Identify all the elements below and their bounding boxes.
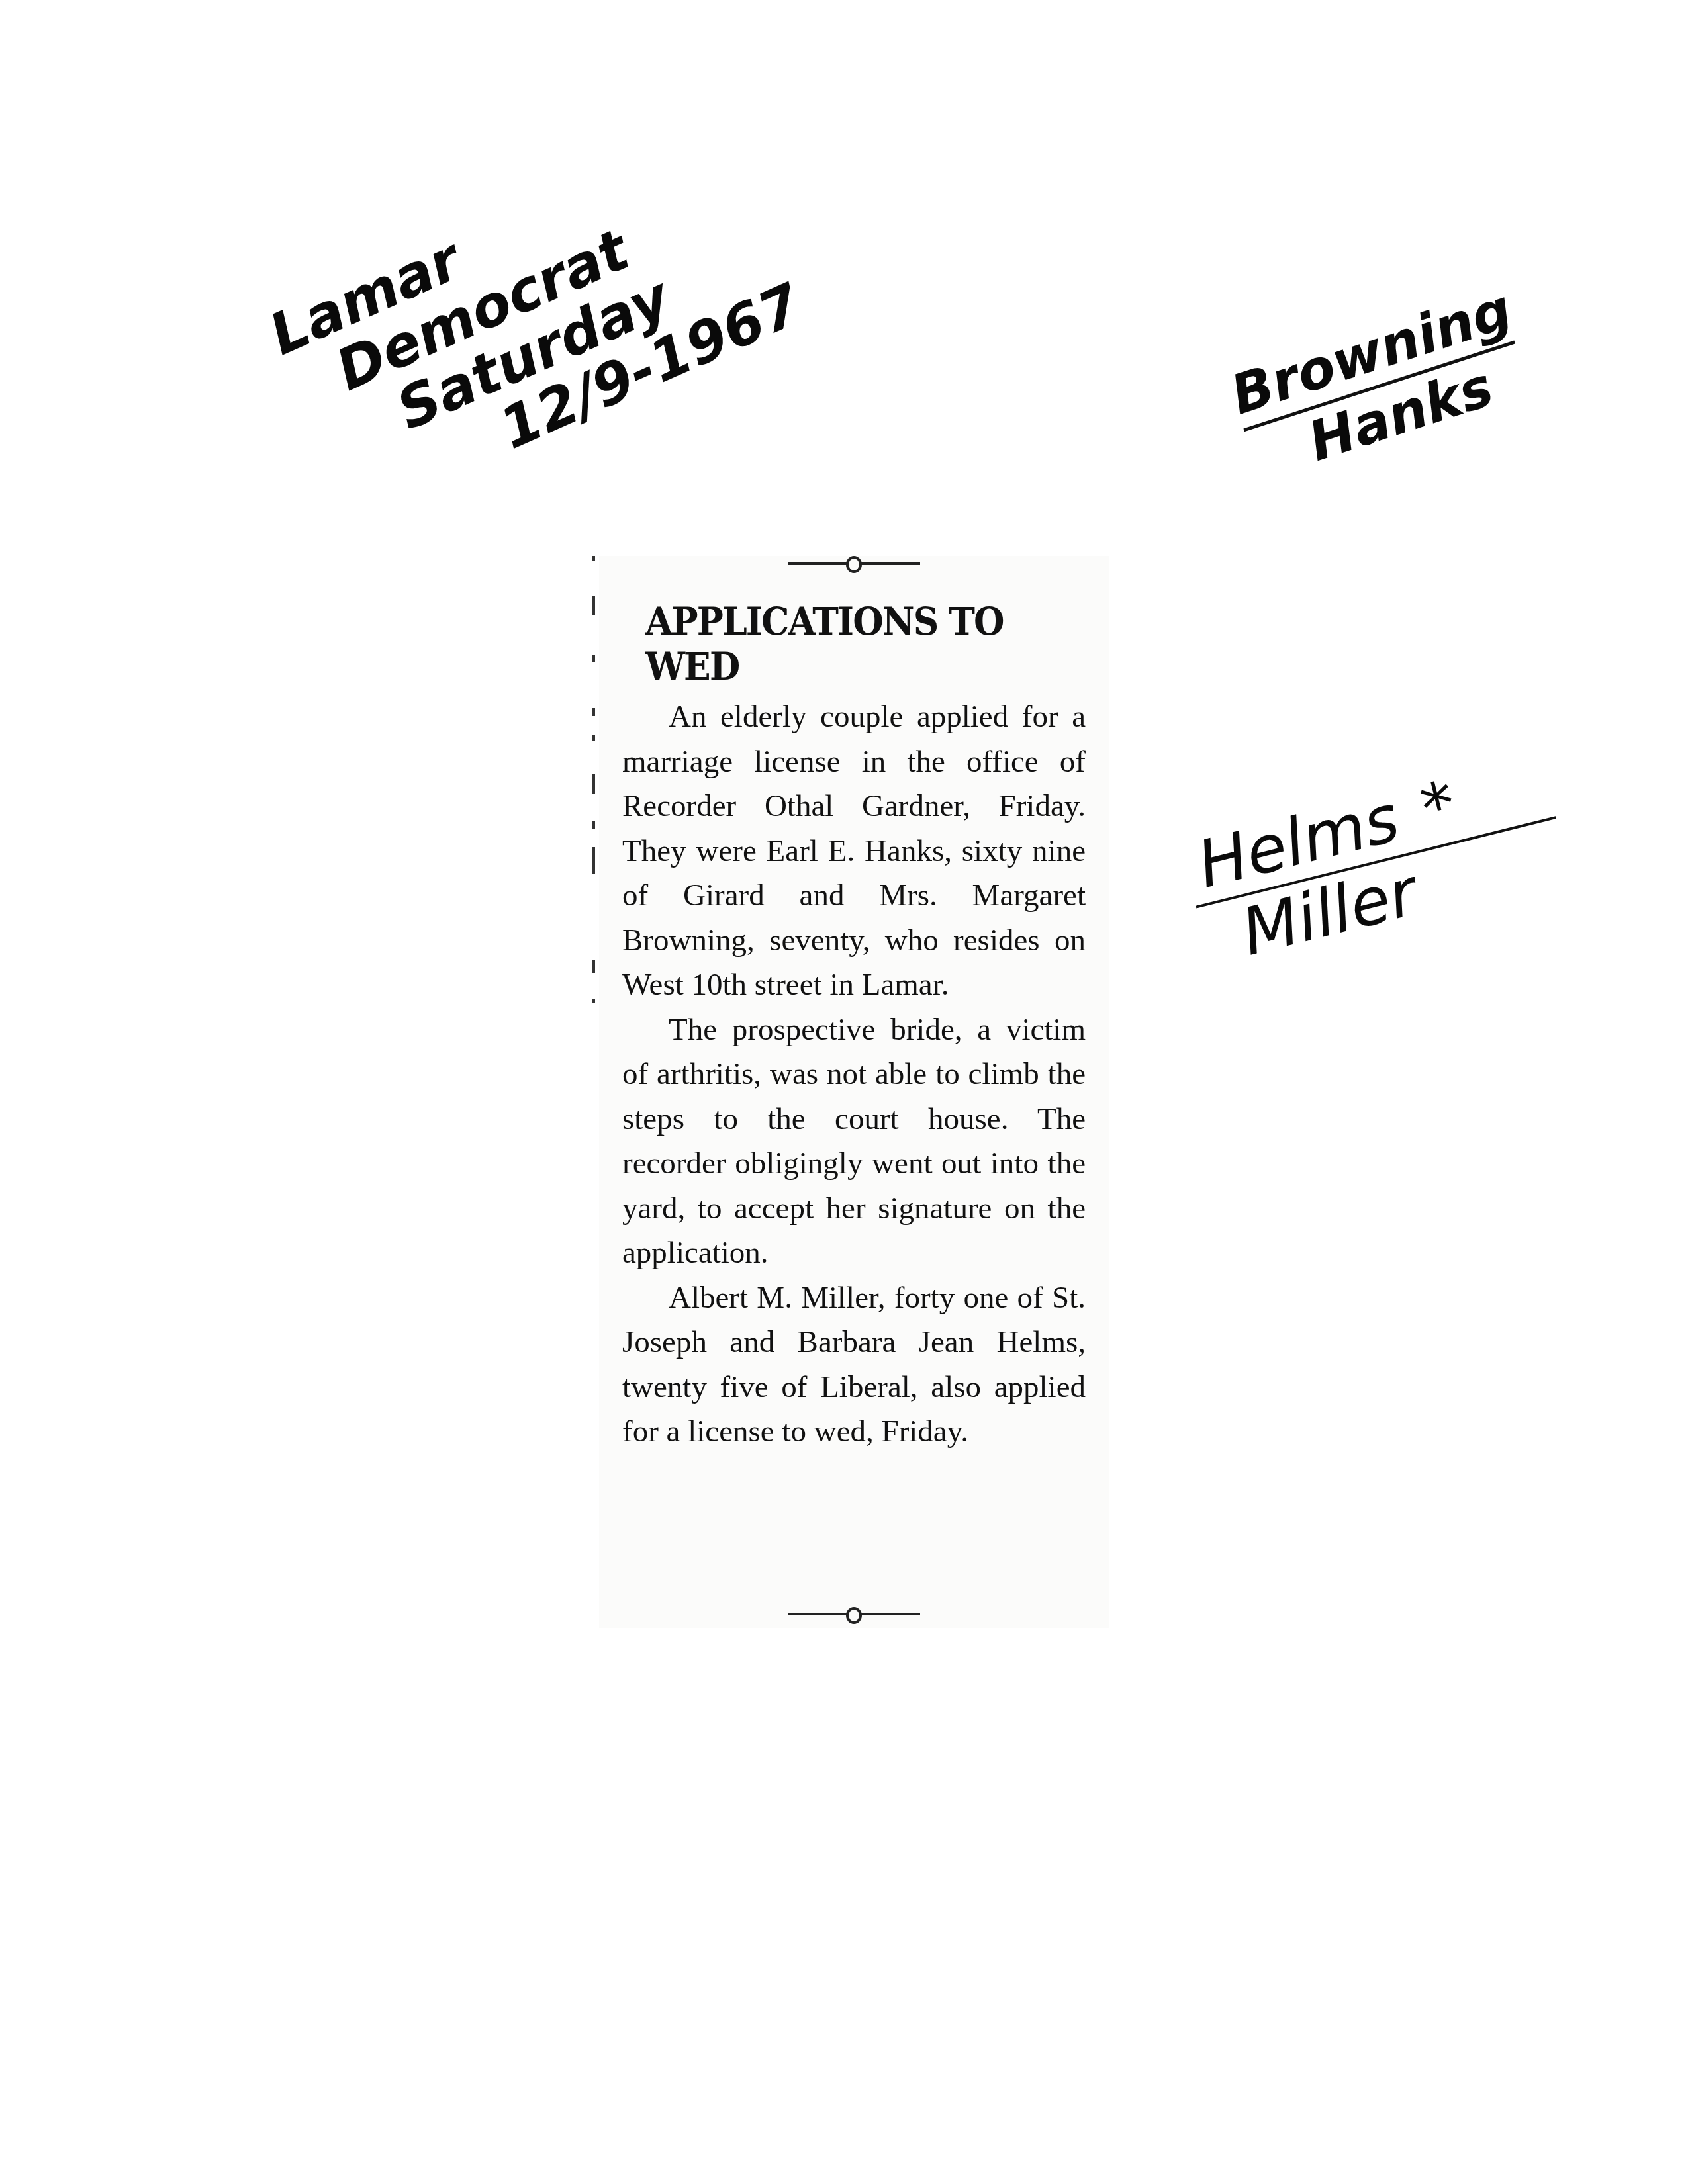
article-paragraph: An elderly couple applied for a marriage…	[622, 695, 1086, 1008]
handwritten-couple-note-2: Helms* Miller	[1192, 747, 1573, 974]
asterisk-icon: *	[1414, 766, 1464, 847]
ornamental-rule-top	[788, 556, 920, 569]
handwritten-source-note: Lamar Democrat Saturday 12/9-1967	[261, 111, 810, 529]
article-body: An elderly couple applied for a marriage…	[622, 695, 1086, 1455]
handwritten-couple-note-1: Browning Hanks	[1225, 281, 1540, 489]
article-paragraph: Albert M. Miller, forty one of St. Josep…	[622, 1276, 1086, 1455]
newspaper-clipping: APPLICATIONS TO WED An elderly couple ap…	[599, 556, 1109, 1628]
article-paragraph: The prospective bride, a victim of arthr…	[622, 1008, 1086, 1276]
clipping-edge-marks	[592, 556, 599, 1059]
article-headline: APPLICATIONS TO WED	[645, 599, 1060, 689]
ornamental-rule-bottom	[788, 1607, 920, 1620]
